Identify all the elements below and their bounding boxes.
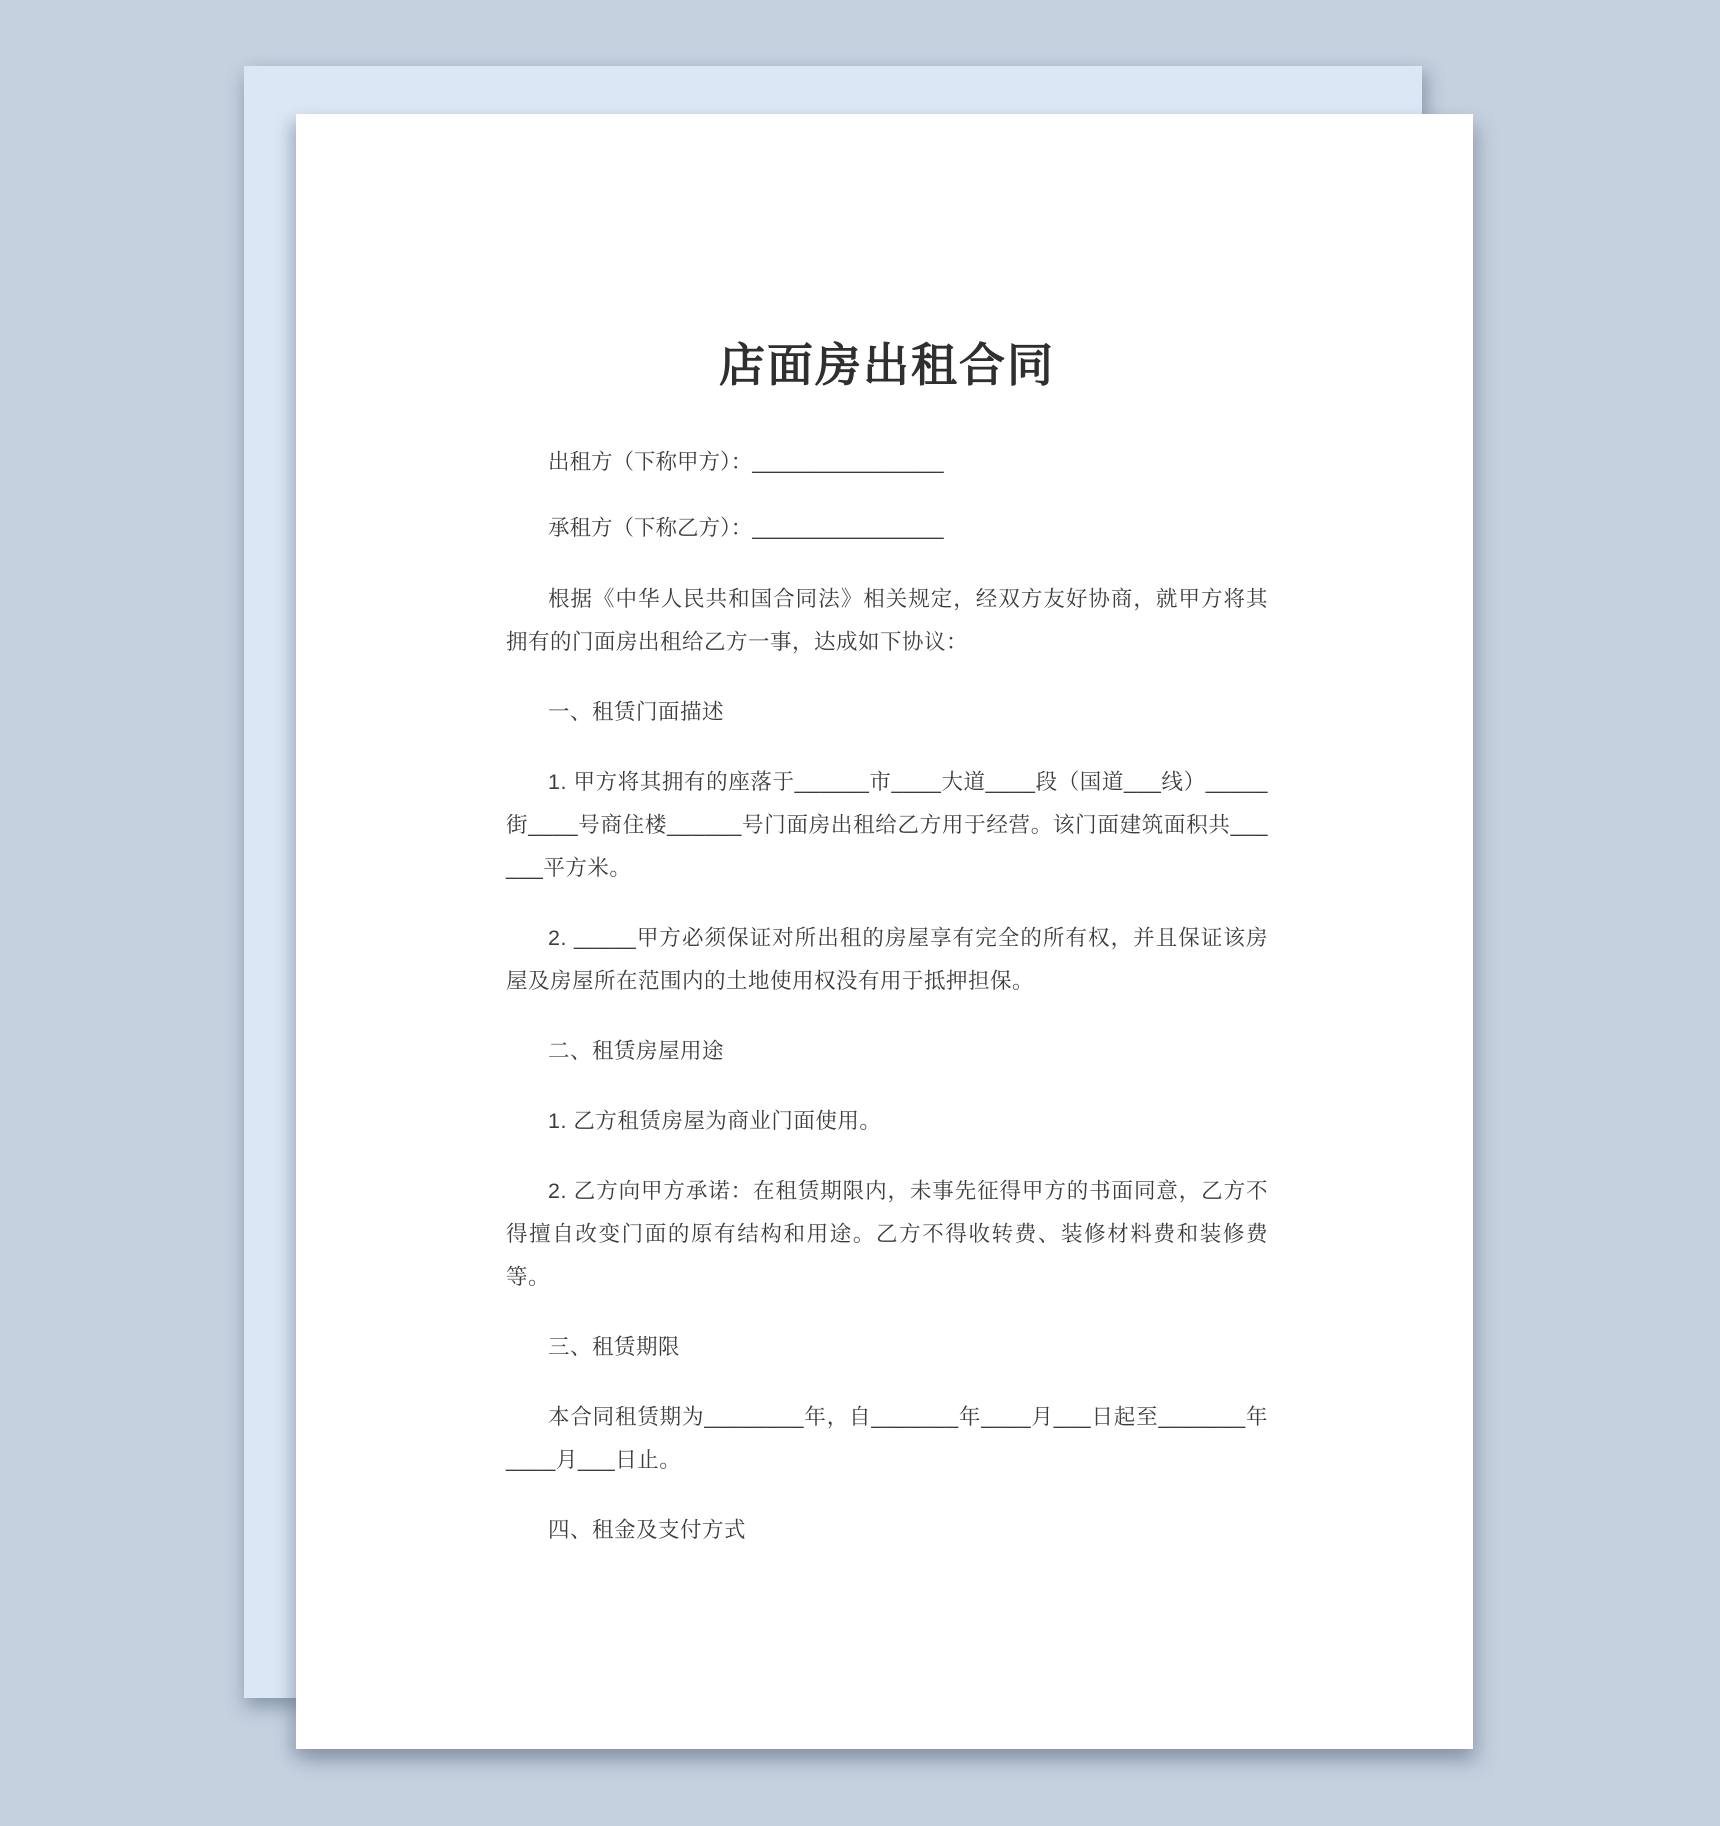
contract-preamble: 根据《中华人民共和国合同法》相关规定，经双方友好协商，就甲方将其拥有的门面房出租…	[506, 578, 1268, 664]
section-2-clause-2: 2. 乙方向甲方承诺：在租赁期限内，未事先征得甲方的书面同意，乙方不得擅自改变门…	[506, 1170, 1268, 1299]
contract-content: 店面房出租合同 出租方（下称甲方）：________________ 承租方（下…	[296, 338, 1473, 1552]
section-4-heading: 四、租金及支付方式	[506, 1509, 1268, 1552]
contract-title: 店面房出租合同	[506, 338, 1268, 392]
section-3-heading: 三、租赁期限	[506, 1326, 1268, 1369]
section-2-heading: 二、租赁房屋用途	[506, 1030, 1268, 1073]
section-2-clause-1: 1. 乙方租赁房屋为商业门面使用。	[506, 1100, 1268, 1143]
party-lessee-line: 承租方（下称乙方）：________________	[506, 507, 1268, 550]
contract-page: 店面房出租合同 出租方（下称甲方）：________________ 承租方（下…	[296, 114, 1473, 1749]
party-lessor-line: 出租方（下称甲方）：________________	[506, 441, 1268, 484]
section-1-clause-1: 1. 甲方将其拥有的座落于______市____大道____段（国道___线）_…	[506, 761, 1268, 890]
section-1-clause-2: 2. _____甲方必须保证对所出租的房屋享有完全的所有权，并且保证该房屋及房屋…	[506, 917, 1268, 1003]
desk-background: 店面房出租合同 出租方（下称甲方）：________________ 承租方（下…	[0, 0, 1720, 1826]
section-1-heading: 一、租赁门面描述	[506, 691, 1268, 734]
section-3-clause-1: 本合同租赁期为________年，自_______年____月___日起至___…	[506, 1396, 1268, 1482]
